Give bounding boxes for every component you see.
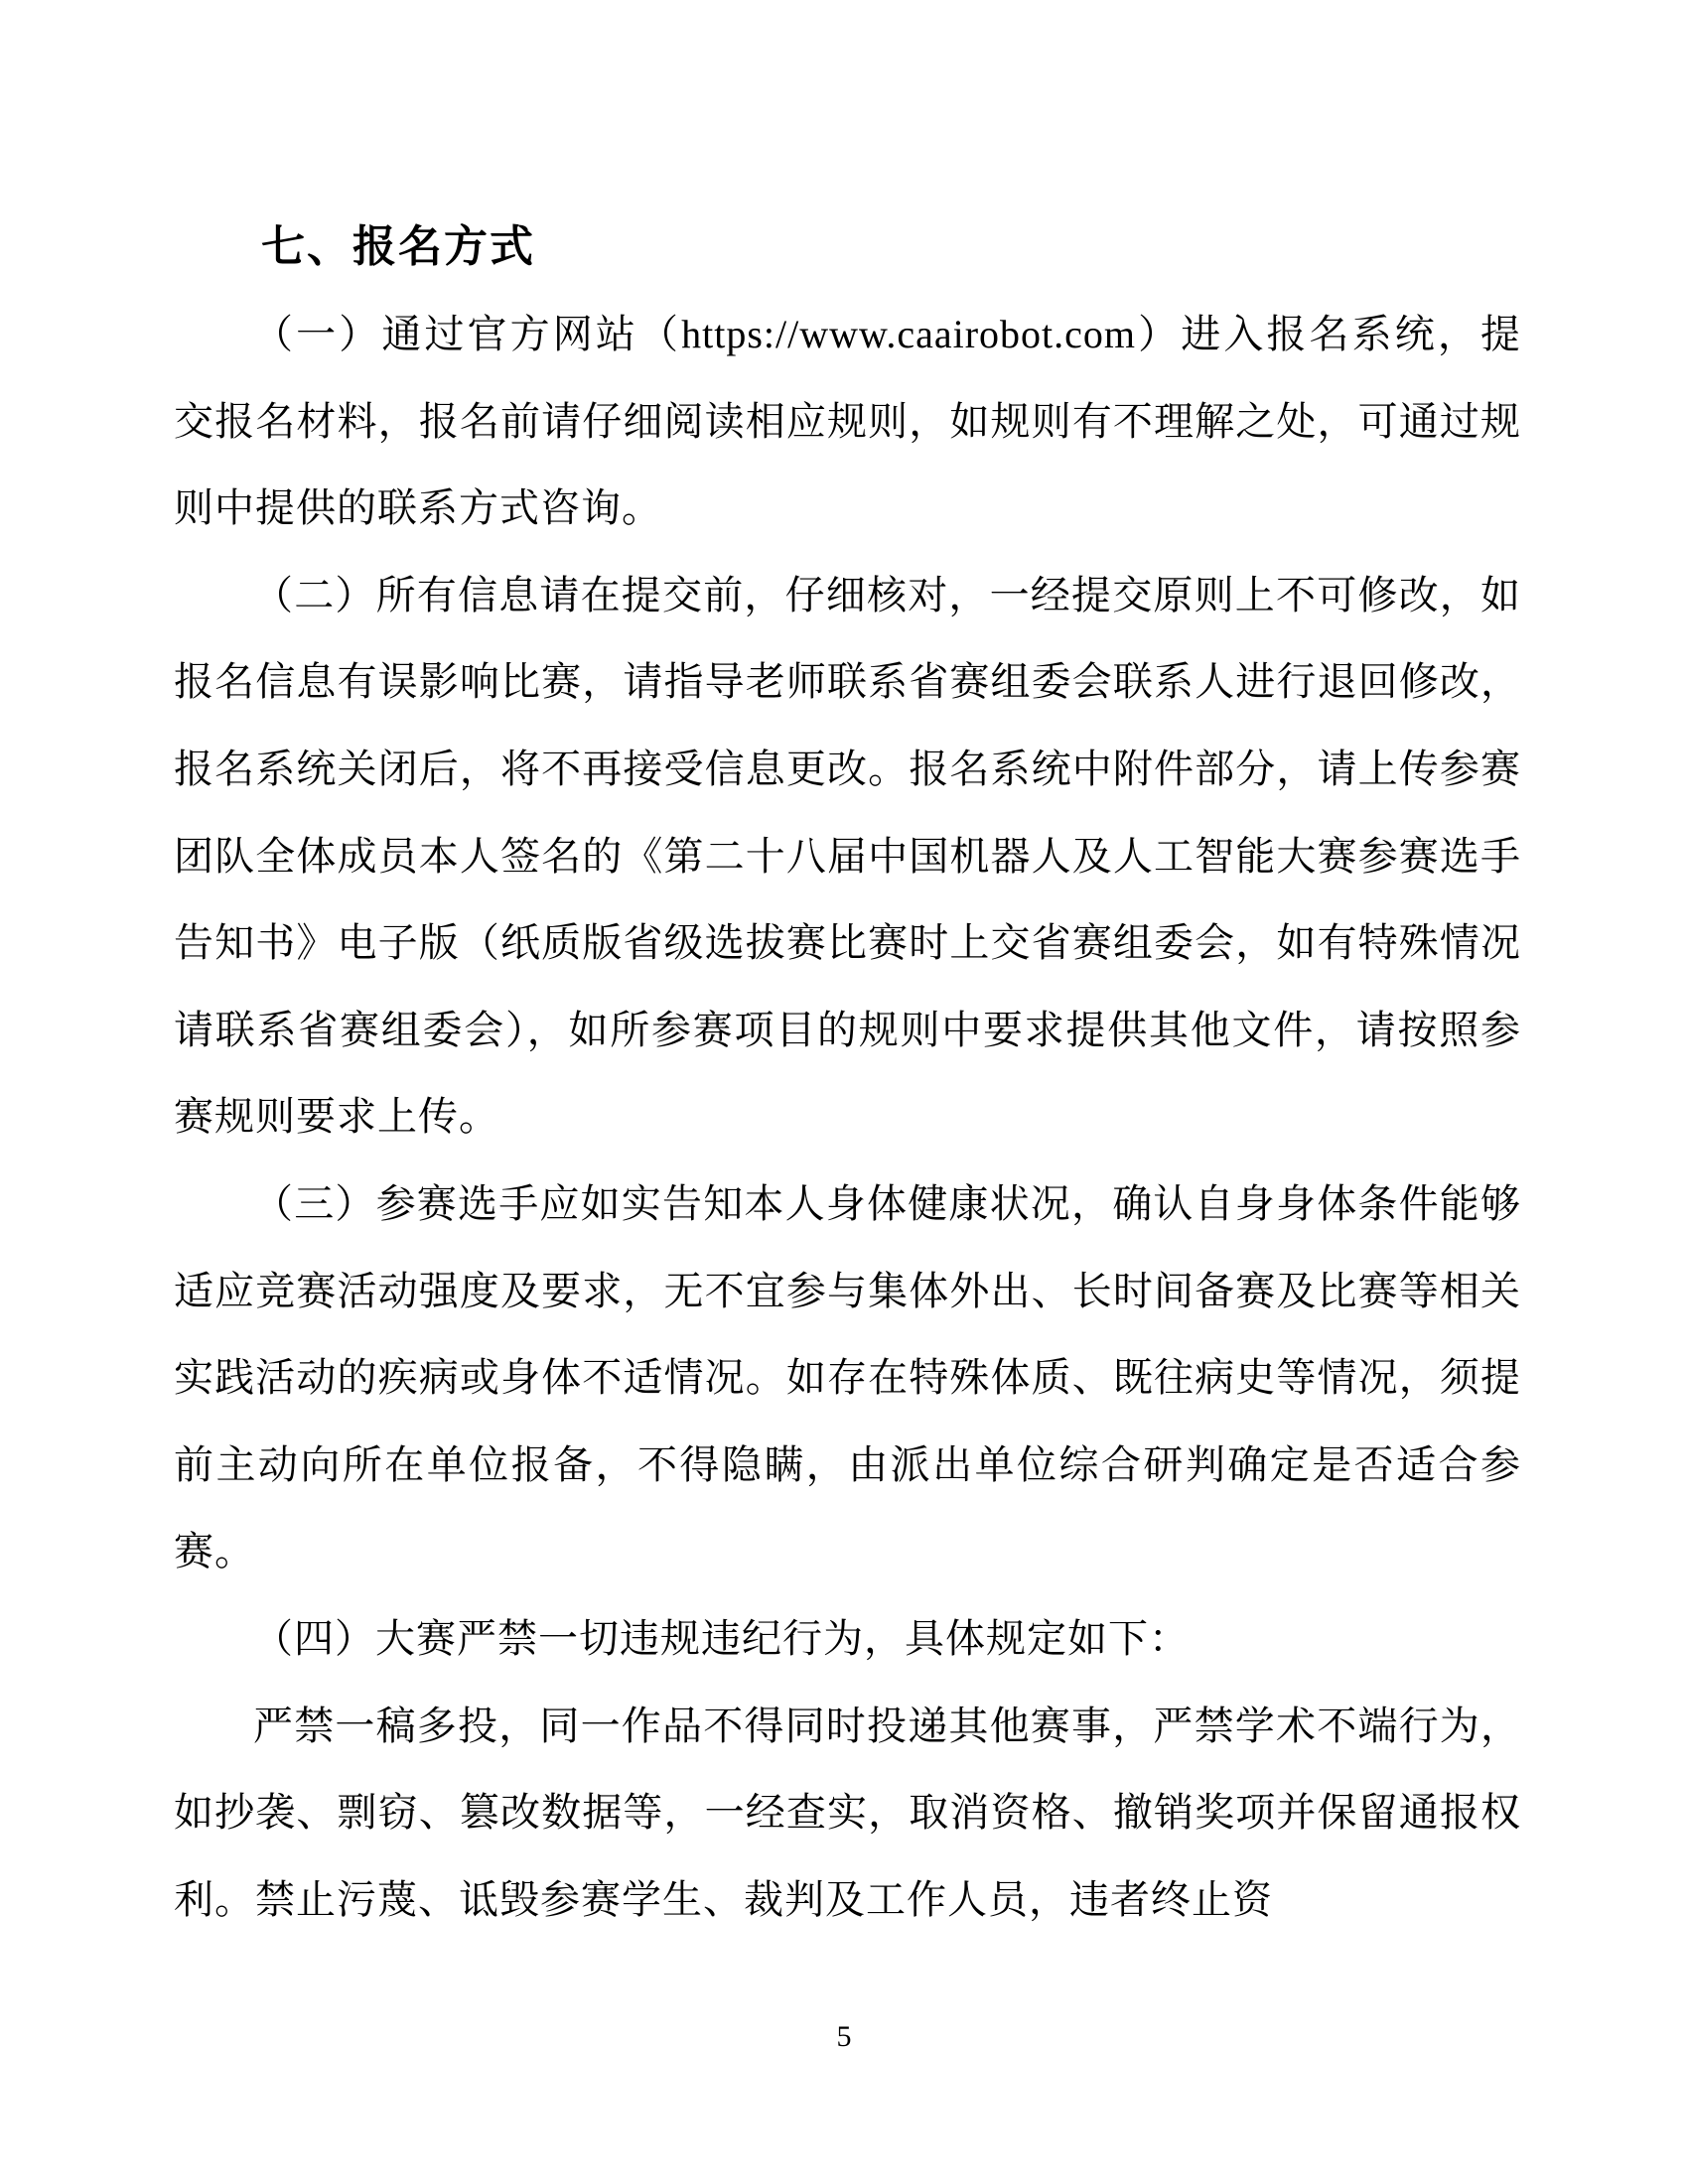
document-page: 七、报名方式 （一）通过官方网站（https://www.caairobot.c… (0, 0, 1688, 2184)
document-body: 七、报名方式 （一）通过官方网站（https://www.caairobot.c… (174, 204, 1521, 1943)
page-number: 5 (0, 2020, 1688, 2054)
paragraph-violation-rules-detail: 严禁一稿多投，同一作品不得同时投递其他赛事，严禁学术不端行为，如抄袭、剽窃、篡改… (174, 1683, 1521, 1944)
section-heading: 七、报名方式 (174, 204, 1521, 291)
paragraph-information-check: （二）所有信息请在提交前，仔细核对，一经提交原则上不可修改，如报名信息有误影响比… (174, 552, 1521, 1160)
paragraph-health-condition: （三）参赛选手应如实告知本人身体健康状况，确认自身身体条件能够适应竞赛活动强度及… (174, 1160, 1521, 1595)
paragraph-registration-website: （一）通过官方网站（https://www.caairobot.com）进入报名… (174, 291, 1521, 552)
paragraph-violation-rules-intro: （四）大赛严禁一切违规违纪行为，具体规定如下： (174, 1595, 1521, 1683)
